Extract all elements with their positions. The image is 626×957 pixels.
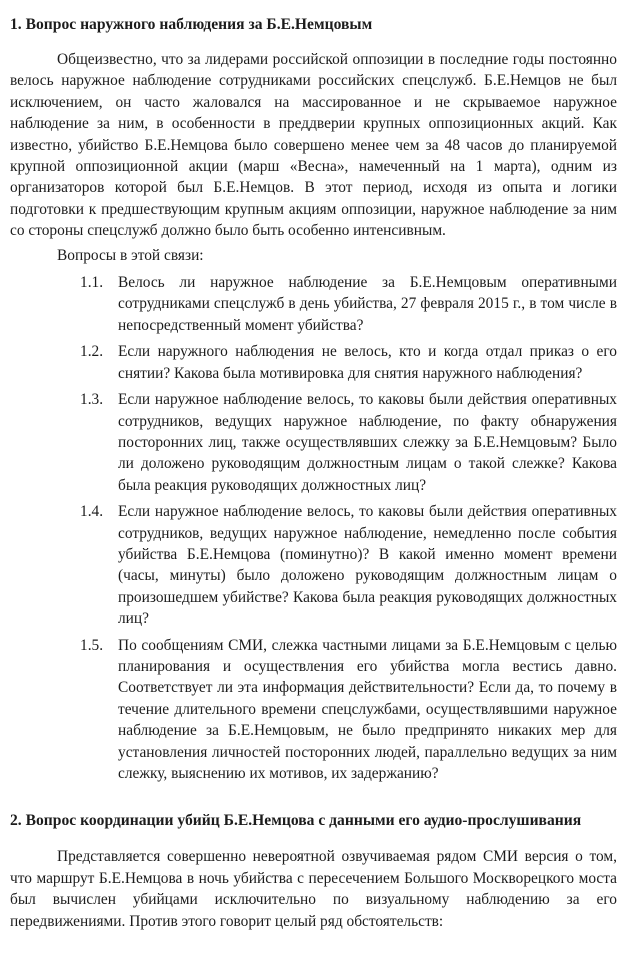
question-list: 1.1. Велось ли наружное наблюдение за Б.… xyxy=(10,272,617,784)
question-number: 1.1. xyxy=(80,272,118,336)
section-2-heading: 2. Вопрос координации убийц Б.Е.Немцова … xyxy=(10,810,617,832)
question-number: 1.5. xyxy=(80,635,118,785)
questions-lead-in: Вопросы в этой связи: xyxy=(10,245,617,266)
question-item-1-5: 1.5. По сообщениям СМИ, слежка частными … xyxy=(80,635,617,785)
section-1-paragraph: Общеизвестно, что за лидерами российской… xyxy=(10,49,617,242)
question-number: 1.2. xyxy=(80,341,118,384)
question-item-1-4: 1.4. Если наружное наблюдение велось, то… xyxy=(80,501,617,629)
question-text: По сообщениям СМИ, слежка частными лицам… xyxy=(118,635,617,785)
section-1-heading: 1. Вопрос наружного наблюдения за Б.Е.Не… xyxy=(10,14,617,36)
question-item-1-2: 1.2. Если наружного наблюдения не велось… xyxy=(80,341,617,384)
question-text: Если наружного наблюдения не велось, кто… xyxy=(118,341,617,384)
question-text: Если наружное наблюдение велось, то како… xyxy=(118,389,617,496)
question-text: Если наружное наблюдение велось, то како… xyxy=(118,501,617,629)
document-page: 1. Вопрос наружного наблюдения за Б.Е.Не… xyxy=(0,0,626,957)
section-2-paragraph: Представляется совершенно невероятной оз… xyxy=(10,846,617,932)
question-item-1-1: 1.1. Велось ли наружное наблюдение за Б.… xyxy=(80,272,617,336)
question-number: 1.4. xyxy=(80,501,118,629)
question-text: Велось ли наружное наблюдение за Б.Е.Нем… xyxy=(118,272,617,336)
question-number: 1.3. xyxy=(80,389,118,496)
question-item-1-3: 1.3. Если наружное наблюдение велось, то… xyxy=(80,389,617,496)
